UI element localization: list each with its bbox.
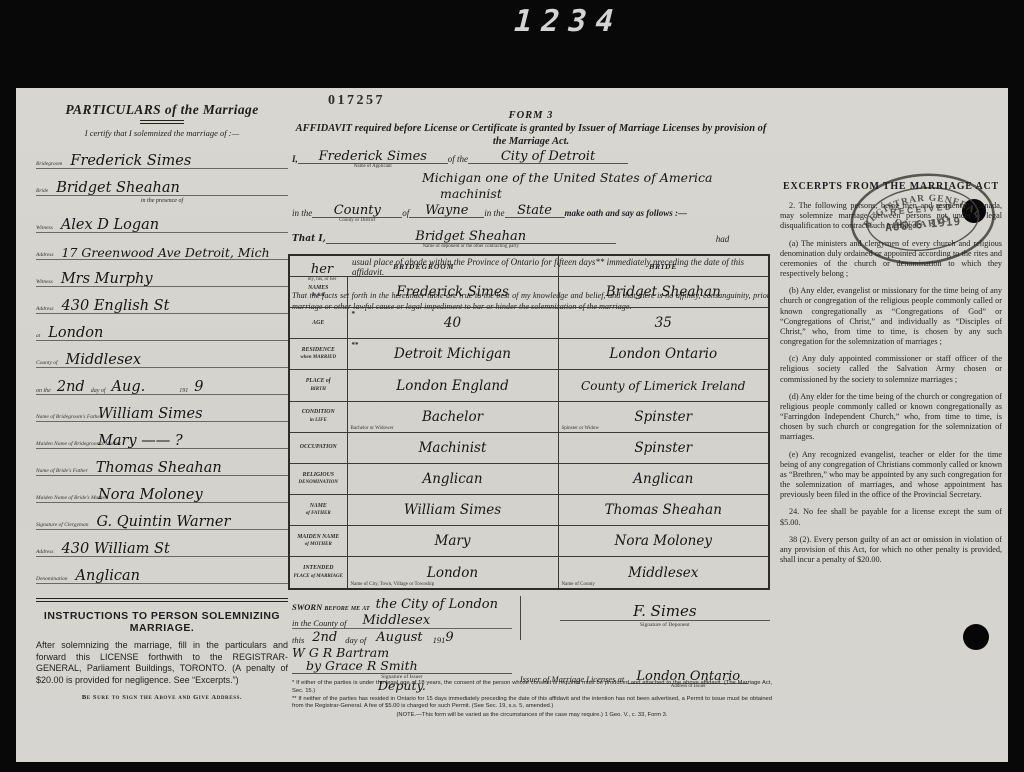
interline-text: Michigan one of the United States of Ame… (422, 170, 713, 185)
sworn-place: the City of London (376, 597, 498, 612)
affidavit-line-1: I, Frederick Simes Name of Applicant of … (292, 150, 770, 164)
field-label: Name of Bride's Father (36, 468, 88, 475)
printed-text: had (716, 234, 730, 244)
field-label: Witness (36, 225, 53, 232)
field-label: Name of Bridegroom's Father (36, 414, 90, 421)
row-label: RELIGIOUS (302, 472, 334, 478)
groom-value: London England (396, 378, 508, 394)
row-label: INTENDED (303, 565, 333, 571)
blank-sublabel: County or District (339, 218, 375, 223)
row-label-2: when MARRIED (300, 355, 336, 360)
table-row: NAMESin full Frederick Simes Bridget She… (289, 277, 769, 308)
groom-value: Mary (435, 533, 471, 549)
sworn-county: Middlesex (363, 613, 431, 628)
title-rule (140, 120, 184, 124)
field-bridegroom: Bridegroom Frederick Simes (36, 142, 288, 169)
field-label: Address (36, 549, 54, 556)
table-row: RESIDENCEwhen MARRIED **Detroit Michigan… (289, 339, 769, 370)
row-label: MAIDEN NAME (297, 534, 339, 540)
date-year-hand: 9 (194, 380, 203, 395)
bride-value: Spinster (634, 440, 692, 456)
field-label: Address (36, 306, 54, 313)
field-value: G. Quintin Warner (96, 515, 230, 530)
groom-value: Detroit Michigan (394, 346, 511, 362)
excerpt-paragraph: 24. No fee shall be payable for a licens… (780, 507, 1002, 527)
instructions-footer: Be Sure to Sign the Above and Give Addre… (36, 694, 288, 701)
marriage-affidavit-document: PARTICULARS of the Marriage I certify th… (16, 88, 1008, 762)
row-label-2: of MOTHER (305, 542, 332, 547)
bride-value: Nora Moloney (615, 533, 712, 549)
bride-value: London Ontario (609, 346, 717, 362)
frame-counter: 1234 (510, 4, 627, 39)
bride-header: BRIDE (558, 255, 769, 277)
sworn-month: August (376, 630, 422, 645)
table-row: INTENDEDPLACE of MARRIAGE LondonName of … (289, 557, 769, 589)
form-number: FORM 3 (288, 110, 774, 121)
table-row: OCCUPATION Machinist Spinster (289, 432, 769, 463)
field-value: Thomas Sheahan (96, 461, 222, 476)
field-value: Anglican (75, 569, 139, 584)
bride-value: Middlesex (628, 565, 698, 581)
field-date: on the 2nd day of Aug. 191 9 (36, 368, 288, 395)
footnotes: * If either of the parties is under the … (292, 680, 772, 720)
printed-text: That I, (292, 234, 326, 244)
date-pre: on the (36, 388, 51, 394)
row-label-2: of FATHER (306, 511, 331, 516)
district-blank: Wayne (409, 204, 484, 218)
row-label: AGE (312, 320, 324, 326)
row-label-2: in LIFE (310, 418, 327, 423)
issuer-deputy-signature: by Grace R Smith (306, 660, 512, 673)
footnote-note: (NOTE.—This form will be varied as the c… (292, 712, 772, 720)
field-label: at (36, 333, 40, 340)
excerpt-paragraph: (c) Any duly appointed commissioner or s… (780, 354, 1002, 385)
table-row: CONDITIONin LIFE BachelorBachelor or Wid… (289, 401, 769, 432)
field-value: London (48, 326, 103, 341)
groom-value: Machinist (419, 440, 487, 456)
field-bride: Bride Bridget Sheahan (36, 169, 288, 196)
affidavit-line-2: in the County County or District of Wayn… (292, 204, 770, 218)
blank-sublabel: Name of deponent or the other contractin… (422, 244, 519, 249)
deponent-name-blank: Bridget Sheahan Name of deponent or the … (326, 230, 616, 244)
applicant-place: City of Detroit (497, 149, 599, 164)
field-label: Signature of Clergyman (36, 522, 88, 529)
affidavit-heading: AFFIDAVIT required before License or Cer… (288, 123, 774, 148)
excerpts-title: EXCERPTS FROM THE MARRIAGE ACT (780, 180, 1002, 193)
row-label: NAMES (308, 285, 328, 291)
microfilm-frame: 1234 PARTICULARS of the Marriage I certi… (0, 0, 1024, 772)
sworn-bracket (520, 596, 521, 640)
printed-text: this (292, 635, 304, 645)
deponent-name: Bridget Sheahan (411, 229, 530, 244)
cell-sublabel: Spinster or Widow (562, 426, 599, 431)
row-label: NAME (310, 503, 327, 509)
date-mid: day of (91, 388, 106, 394)
applicant-place-blank: City of Detroit (468, 150, 628, 164)
groom-value: Bachelor (422, 409, 483, 425)
table-row: NAMEof FATHER William Simes Thomas Sheah… (289, 495, 769, 526)
bride-value: Spinster (634, 409, 692, 425)
printed-text: in the (484, 208, 504, 218)
footnote-mark: ** (352, 341, 359, 349)
field-address-1: Address 17 Greenwood Ave Detroit, Mich (36, 233, 288, 260)
row-label-2: PLACE of MARRIAGE (294, 574, 343, 579)
printed-text: in the (292, 208, 312, 218)
excerpts-section: EXCERPTS FROM THE MARRIAGE ACT 2. The fo… (780, 180, 1002, 572)
cell-sublabel: Name of County (562, 582, 595, 587)
row-label-2: DENOMINATION (299, 480, 338, 485)
table-row: MAIDEN NAMEof MOTHER Mary Nora Moloney (289, 526, 769, 557)
row-label-2: in full (312, 293, 325, 298)
blank-sublabel: Name of Applicant (354, 164, 392, 169)
printed-text: 191 (433, 635, 446, 645)
row-label-2: BIRTH (310, 387, 326, 392)
county-value: County (330, 203, 385, 218)
field-label: Maiden Name of Bride's Mother (36, 495, 90, 502)
hole-punch-bottom (963, 624, 989, 650)
field-witness-1: Witness Alex D Logan (36, 206, 288, 233)
groom-value: William Simes (404, 502, 501, 518)
groom-value: Frederick Simes (396, 284, 509, 300)
field-label: Denomination (36, 576, 67, 583)
printed-text: make oath and say as follows :— (565, 208, 688, 218)
marriage-details-table: BRIDEGROOM BRIDE NAMESin full Frederick … (288, 254, 770, 590)
field-value: 430 William St (62, 542, 170, 557)
field-label: Bride (36, 188, 48, 195)
bride-value: Thomas Sheahan (605, 502, 722, 518)
field-label: Maiden Name of Bridegroom's Mother (36, 441, 90, 448)
state-blank: State (505, 204, 565, 218)
applicant-name: Frederick Simes (315, 149, 431, 164)
field-value: Bridget Sheahan (56, 181, 180, 196)
applicant-name-blank: Frederick Simes Name of Applicant (298, 150, 448, 164)
field-address-3: Address 430 William St (36, 530, 288, 557)
sworn-day: 2nd (312, 630, 337, 645)
instructions-section: INSTRUCTIONS TO PERSON SOLEMNIZING MARRI… (36, 598, 288, 701)
certify-line: I certify that I solemnized the marriage… (36, 128, 288, 138)
date-day: 2nd (57, 380, 85, 395)
deponent-signature-label: Signature of Deponent (560, 622, 770, 628)
bride-value: County of Limerick Ireland (581, 379, 745, 393)
printed-text: of the (448, 154, 468, 164)
field-denomination: Denomination Anglican (36, 557, 288, 584)
deponent-signature: F. Simes (633, 602, 696, 620)
bride-value: 35 (655, 315, 672, 331)
printed-text: SWORN before me at (292, 602, 370, 612)
footnote-mark: * (352, 310, 356, 318)
groom-value: London (427, 565, 478, 581)
printed-text: in the County of (292, 618, 347, 628)
row-label: OCCUPATION (300, 444, 337, 450)
groom-value: Anglican (422, 471, 482, 487)
sworn-year: 9 (445, 630, 453, 645)
table-row: PLACE ofBIRTH London England County of L… (289, 370, 769, 401)
field-bride-father: Name of Bride's Father Thomas Sheahan (36, 449, 288, 476)
footnote-1: * If either of the parties is under the … (292, 680, 772, 696)
excerpt-paragraph: (b) Any elder, evangelist or missionary … (780, 286, 1002, 347)
date-year-printed: 191 (179, 388, 188, 394)
field-value: Alex D Logan (61, 218, 159, 233)
interline-handwriting: Michigan one of the United States of Ame… (422, 170, 770, 202)
bride-value: Bridget Sheahan (606, 284, 721, 300)
field-label: County of (36, 360, 58, 367)
date-month: Aug. (112, 380, 146, 395)
printed-text: day of (345, 635, 366, 645)
field-county: County of Middlesex (36, 341, 288, 368)
field-label: Bridegroom (36, 161, 62, 168)
sworn-left: SWORN before me at the City of London in… (292, 596, 560, 645)
field-value: 430 English St (62, 299, 170, 314)
field-groom-father: Name of Bridegroom's Father William Sime… (36, 395, 288, 422)
field-label: Address (36, 252, 54, 259)
field-value: 17 Greenwood Ave Detroit, Mich (62, 247, 270, 260)
excerpt-paragraph: (a) The ministers and clergymen of every… (780, 239, 1002, 280)
field-witness-2: Witness Mrs Murphy (36, 260, 288, 287)
field-bride-mother: Maiden Name of Bride's Mother Nora Molon… (36, 476, 288, 503)
bride-value: Anglican (633, 471, 693, 487)
cell-sublabel: Name of City, Town, Village or Township (351, 582, 435, 587)
field-groom-mother: Maiden Name of Bridegroom's Mother Mary … (36, 422, 288, 449)
field-value: Frederick Simes (70, 154, 191, 169)
state-value: State (513, 203, 556, 218)
serial-number: 017257 (328, 93, 385, 109)
field-value: Mary —— ? (98, 434, 183, 449)
field-value: William Simes (98, 407, 203, 422)
sworn-section: SWORN before me at the City of London in… (292, 596, 770, 692)
field-value: Mrs Murphy (61, 272, 153, 287)
field-label: Witness (36, 279, 53, 286)
excerpt-paragraph: 2. The following persons, being men and … (780, 201, 1002, 232)
sworn-right: F. Simes Signature of Deponent (560, 596, 770, 645)
instructions-body: After solemnizing the marriage, fill in … (36, 640, 288, 687)
field-value: Middlesex (66, 353, 141, 368)
row-label: PLACE of (306, 378, 331, 384)
excerpt-paragraph: (d) Any elder for the time being of the … (780, 392, 1002, 443)
table-row: AGE *40 35 (289, 308, 769, 339)
field-address-2: Address 430 English St (36, 287, 288, 314)
particulars-section: PARTICULARS of the Marriage I certify th… (36, 102, 288, 701)
table-header-row: BRIDEGROOM BRIDE (289, 255, 769, 277)
bridegroom-header: BRIDEGROOM (289, 255, 558, 277)
excerpt-paragraph: 38 (2). Every person guilty of an act or… (780, 535, 1002, 566)
affidavit-line-3: That I, Bridget Sheahan Name of deponent… (292, 230, 770, 244)
table-row: RELIGIOUSDENOMINATION Anglican Anglican (289, 463, 769, 494)
particulars-title: PARTICULARS of the Marriage (36, 102, 288, 118)
cell-sublabel: Bachelor or Widower (351, 426, 394, 431)
field-value: Nora Moloney (98, 488, 203, 503)
field-clergyman-signature: Signature of Clergyman G. Quintin Warner (36, 503, 288, 530)
county-blank: County County or District (312, 204, 402, 218)
excerpt-paragraph: (e) Any recognized evangelist, teacher o… (780, 450, 1002, 501)
instructions-title: INSTRUCTIONS TO PERSON SOLEMNIZING MARRI… (36, 610, 288, 634)
interline-occupation: machinist (440, 186, 502, 201)
row-label: RESIDENCE (302, 347, 335, 353)
presence-of-line: in the presence of (36, 196, 288, 206)
printed-text: of (402, 208, 409, 218)
field-at: at London (36, 314, 288, 341)
groom-value: 40 (444, 315, 461, 331)
footnote-2: ** If neither of the parties has resided… (292, 696, 772, 712)
district-value: Wayne (421, 203, 472, 218)
row-label: CONDITION (302, 409, 335, 415)
